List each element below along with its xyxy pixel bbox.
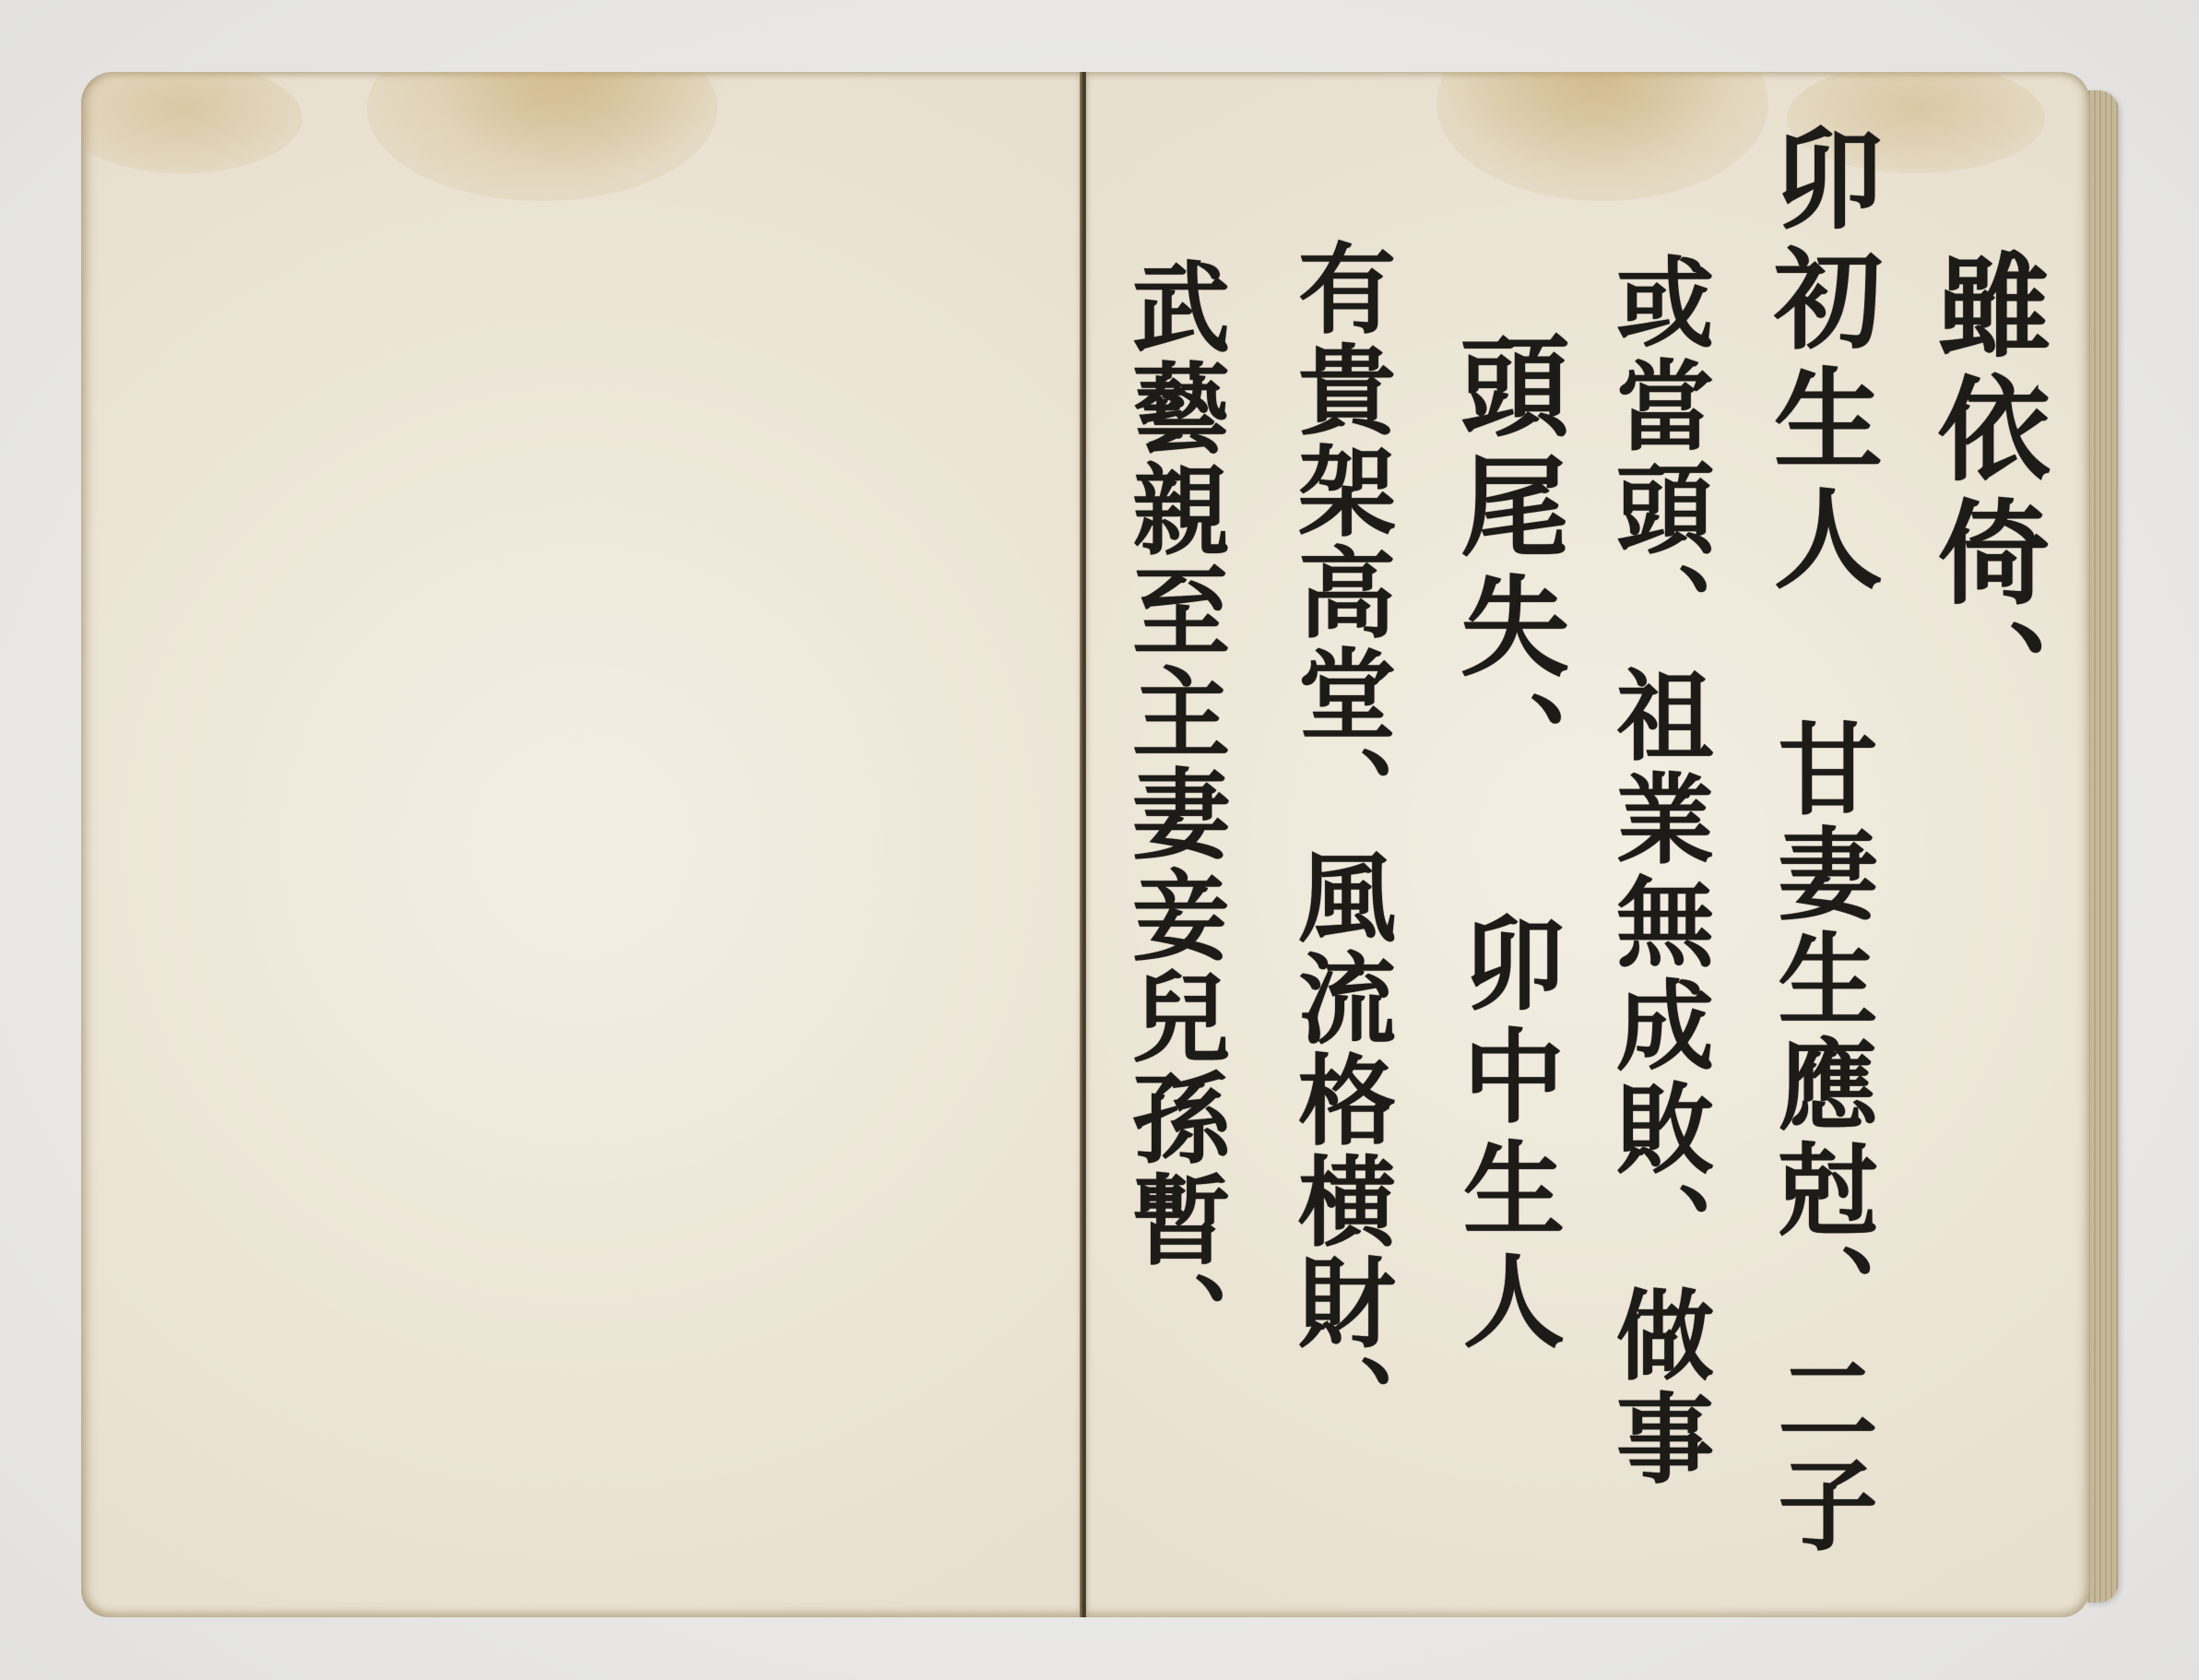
text-column-2: 卯初生人: [1750, 123, 1888, 602]
text-column-2-lower: 甘妻生應尅、二子: [1750, 717, 1888, 1558]
left-page: [81, 72, 1082, 1617]
open-manuscript-book: 雖依倚、 卯初生人 甘妻生應尅、二子 或當頭、祖業無成敗、做事 頭尾失、 卯中生…: [81, 72, 2119, 1617]
water-stain: [367, 72, 717, 201]
page-block-edge: [2086, 90, 2119, 1603]
column-2-bottom: 甘妻生應尅、二子: [1769, 717, 1869, 1558]
column-6-text: 武藝親至主妻妾兒孫暫、: [1125, 256, 1223, 1372]
right-page: 雖依倚、 卯初生人 甘妻生應尅、二子 或當頭、祖業無成敗、做事 頭尾失、 卯中生…: [1086, 72, 2089, 1617]
text-column-6: 武藝親至主妻妾兒孫暫、: [1105, 256, 1243, 1372]
text-column-1: 雖依倚、: [1916, 247, 2054, 741]
text-column-3: 或當頭、祖業無成敗、做事: [1589, 252, 1727, 1491]
text-column-5: 有貴架高堂、風流格横財、: [1271, 238, 1409, 1455]
column-2-top: 卯初生人: [1765, 123, 1874, 602]
column-1-text: 雖依倚、: [1929, 247, 2041, 741]
text-column-4: 頭尾失、: [1436, 330, 1575, 810]
text-column-4-lower: 卯中生人: [1436, 911, 1575, 1361]
column-4-top: 頭尾失、: [1451, 330, 1560, 810]
water-stain: [1436, 72, 1768, 201]
column-4-bottom: 卯中生人: [1455, 911, 1556, 1361]
water-stain: [81, 72, 302, 173]
column-3-text: 或當頭、祖業無成敗、做事: [1609, 252, 1707, 1491]
column-5-text: 有貴架高堂、風流格横財、: [1291, 238, 1389, 1455]
